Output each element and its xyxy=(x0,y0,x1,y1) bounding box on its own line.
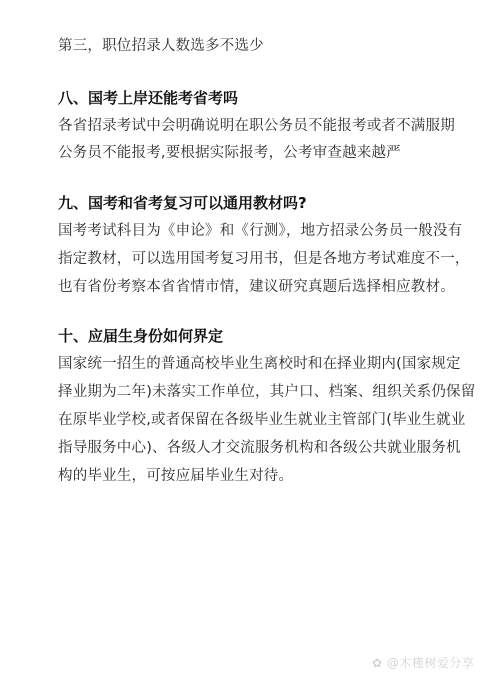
watermark-logo-icon: ✿ xyxy=(372,656,383,670)
section-10-line-3: 在原毕业学校,或者保留在各级毕业生就业主管部门(毕业生就业 xyxy=(58,410,466,430)
watermark: ✿ @木槿树爱分享 xyxy=(372,654,474,671)
section-9-heading: 九、国考和省考复习可以通用教材吗? xyxy=(58,193,307,213)
section-8-heading: 八、国考上岸还能考省考吗 xyxy=(58,88,238,108)
intro-line: 第三，职位招录人数选多不选少 xyxy=(58,36,264,56)
section-9-line-3: 也有省份考察本省省情市情，建议研究真题后选择相应教材。 xyxy=(58,277,455,297)
section-10-line-5: 构的毕业生，可按应届毕业生对待。 xyxy=(58,466,293,486)
section-10-line-4: 指导服务中心)、各级人才交流服务机构和各级公共就业服务机 xyxy=(58,438,461,458)
section-10-line-2: 择业期为二年)未落实工作单位，其户口、档案、组织关系仍保留 xyxy=(58,382,475,402)
section-9-line-2: 指定教材，可以选用国考复习用书，但是各地方考试难度不一， xyxy=(58,249,470,269)
section-10-line-1: 国家统一招生的普通高校毕业生离校时和在择业期内(国家规定 xyxy=(58,354,461,374)
section-8-line-1: 各省招录考试中会明确说明在职公务员不能报考或者不满服期 xyxy=(58,116,455,136)
section-8-line-2: 公务员不能报考,要根据实际报考，公考审查越来越严 xyxy=(58,143,401,163)
section-9-line-1: 国考考试科目为《申论》和《行测》，地方招录公务员一般没有 xyxy=(58,221,462,241)
watermark-text: @木槿树爱分享 xyxy=(387,656,475,670)
section-10-heading: 十、应届生身份如何界定 xyxy=(58,326,223,346)
